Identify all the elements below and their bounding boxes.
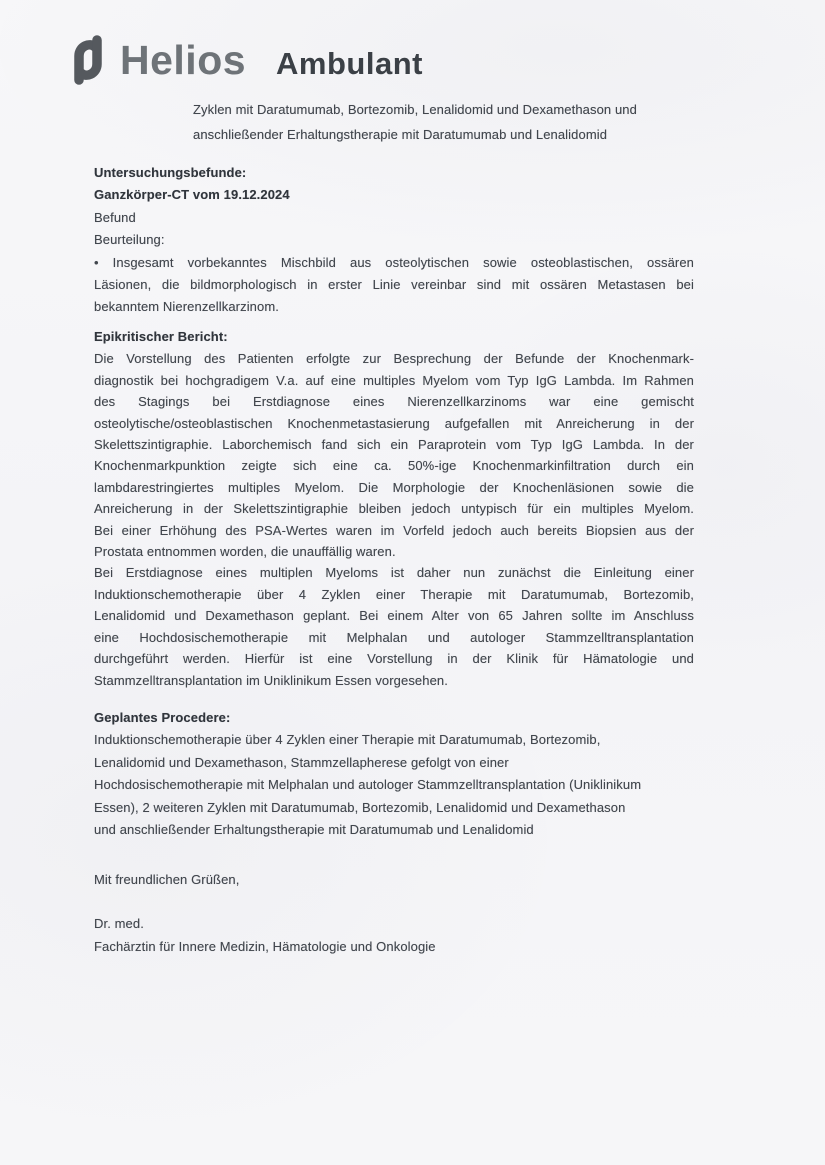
epicrisis-paragraph-2: Bei Erstdiagnose eines multiplen Myeloms… xyxy=(94,562,694,690)
section-heading: Geplantes Procedere: xyxy=(94,707,694,729)
section-epikritischer-bericht: Epikritischer Bericht: Die Vorstellung d… xyxy=(94,326,694,691)
text-line: Lenalidomid und Dexamethason, Stammzella… xyxy=(94,752,694,774)
text-line: Lenalidomid und Dexamethason geplant. Be… xyxy=(94,605,694,626)
text-line: Stammzelltransplantation im Uniklinikum … xyxy=(94,670,694,691)
epicrisis-paragraph-1: Die Vorstellung des Patienten erfolgte z… xyxy=(94,348,694,562)
beurteilung-label: Beurteilung: xyxy=(94,229,694,251)
text-line: eine Hochdosischemotherapie mit Melphala… xyxy=(94,627,694,648)
text-line: des Stagings bei Erstdiagnose eines Nier… xyxy=(94,391,694,412)
text-line: Hochdosischemotherapie mit Melphalan und… xyxy=(94,774,694,796)
scanned-letter-page: Helios Ambulant Zyklen mit Daratumumab, … xyxy=(0,0,825,1165)
text-line: bekanntem Nierenzellkarzinom. xyxy=(94,296,694,318)
text-line: Skelettszintigraphie. Laborchemisch fand… xyxy=(94,434,694,455)
text-line: lambdarestringiertes multiples Myelom. D… xyxy=(94,477,694,498)
signature-role: Fachärztin für Innere Medizin, Hämatolog… xyxy=(94,936,694,958)
text-line: Bei Erstdiagnose eines multiplen Myeloms… xyxy=(94,562,694,583)
letterhead: Helios Ambulant xyxy=(66,34,423,86)
helios-logo-icon xyxy=(66,34,110,86)
text-line: diagnostik bei hochgradigem V.a. auf ein… xyxy=(94,370,694,391)
section-geplantes-procedere: Geplantes Procedere: Induktionschemother… xyxy=(94,707,694,841)
ct-subheading: Ganzkörper-CT vom 19.12.2024 xyxy=(94,184,694,206)
text-line: Zyklen mit Daratumumab, Bortezomib, Lena… xyxy=(193,97,733,122)
closing-block: Mit freundlichen Grüßen, Dr. med. Fachär… xyxy=(94,869,694,958)
subject-block: Zyklen mit Daratumumab, Bortezomib, Lena… xyxy=(193,97,733,147)
text-line: anschließender Erhaltungstherapie mit Da… xyxy=(193,122,733,147)
text-line: Die Vorstellung des Patienten erfolgte z… xyxy=(94,348,694,369)
befund-label: Befund xyxy=(94,207,694,229)
findings-bullet-paragraph: • Insgesamt vorbekanntes Mischbild aus o… xyxy=(94,252,694,319)
procedure-paragraph: Induktionschemotherapie über 4 Zyklen ei… xyxy=(94,729,694,841)
text-line: Prostata entnommen worden, die unauffäll… xyxy=(94,541,694,562)
brand-name: Helios xyxy=(120,40,246,81)
text-line: Essen), 2 weiteren Zyklen mit Daratumuma… xyxy=(94,797,694,819)
text-line: und anschließender Erhaltungstherapie mi… xyxy=(94,819,694,841)
signature-title: Dr. med. xyxy=(94,913,694,935)
text-line: osteolytische/osteoblastischen Knochenme… xyxy=(94,413,694,434)
text-line: Induktionschemotherapie über 4 Zyklen ei… xyxy=(94,729,694,751)
text-line: • Insgesamt vorbekanntes Mischbild aus o… xyxy=(94,252,694,274)
text-line: Induktionschemotherapie über 4 Zyklen ei… xyxy=(94,584,694,605)
section-heading: Epikritischer Bericht: xyxy=(94,326,694,348)
signature-space xyxy=(94,891,694,913)
text-line: durchgeführt werden. Hierfür ist eine Vo… xyxy=(94,648,694,669)
section-heading: Untersuchungsbefunde: xyxy=(94,162,694,184)
section-untersuchungsbefunde: Untersuchungsbefunde: Ganzkörper-CT vom … xyxy=(94,162,694,319)
text-line: Bei einer Erhöhung des PSA-Wertes waren … xyxy=(94,520,694,541)
text-line: Anreicherung in der Skelettszintigraphie… xyxy=(94,498,694,519)
text-line: Knochenmarkpunktion zeigte sich eine ca.… xyxy=(94,455,694,476)
brand-suffix: Ambulant xyxy=(276,42,423,79)
salutation: Mit freundlichen Grüßen, xyxy=(94,869,694,891)
text-line: Läsionen, die bildmorphologisch in erste… xyxy=(94,274,694,296)
